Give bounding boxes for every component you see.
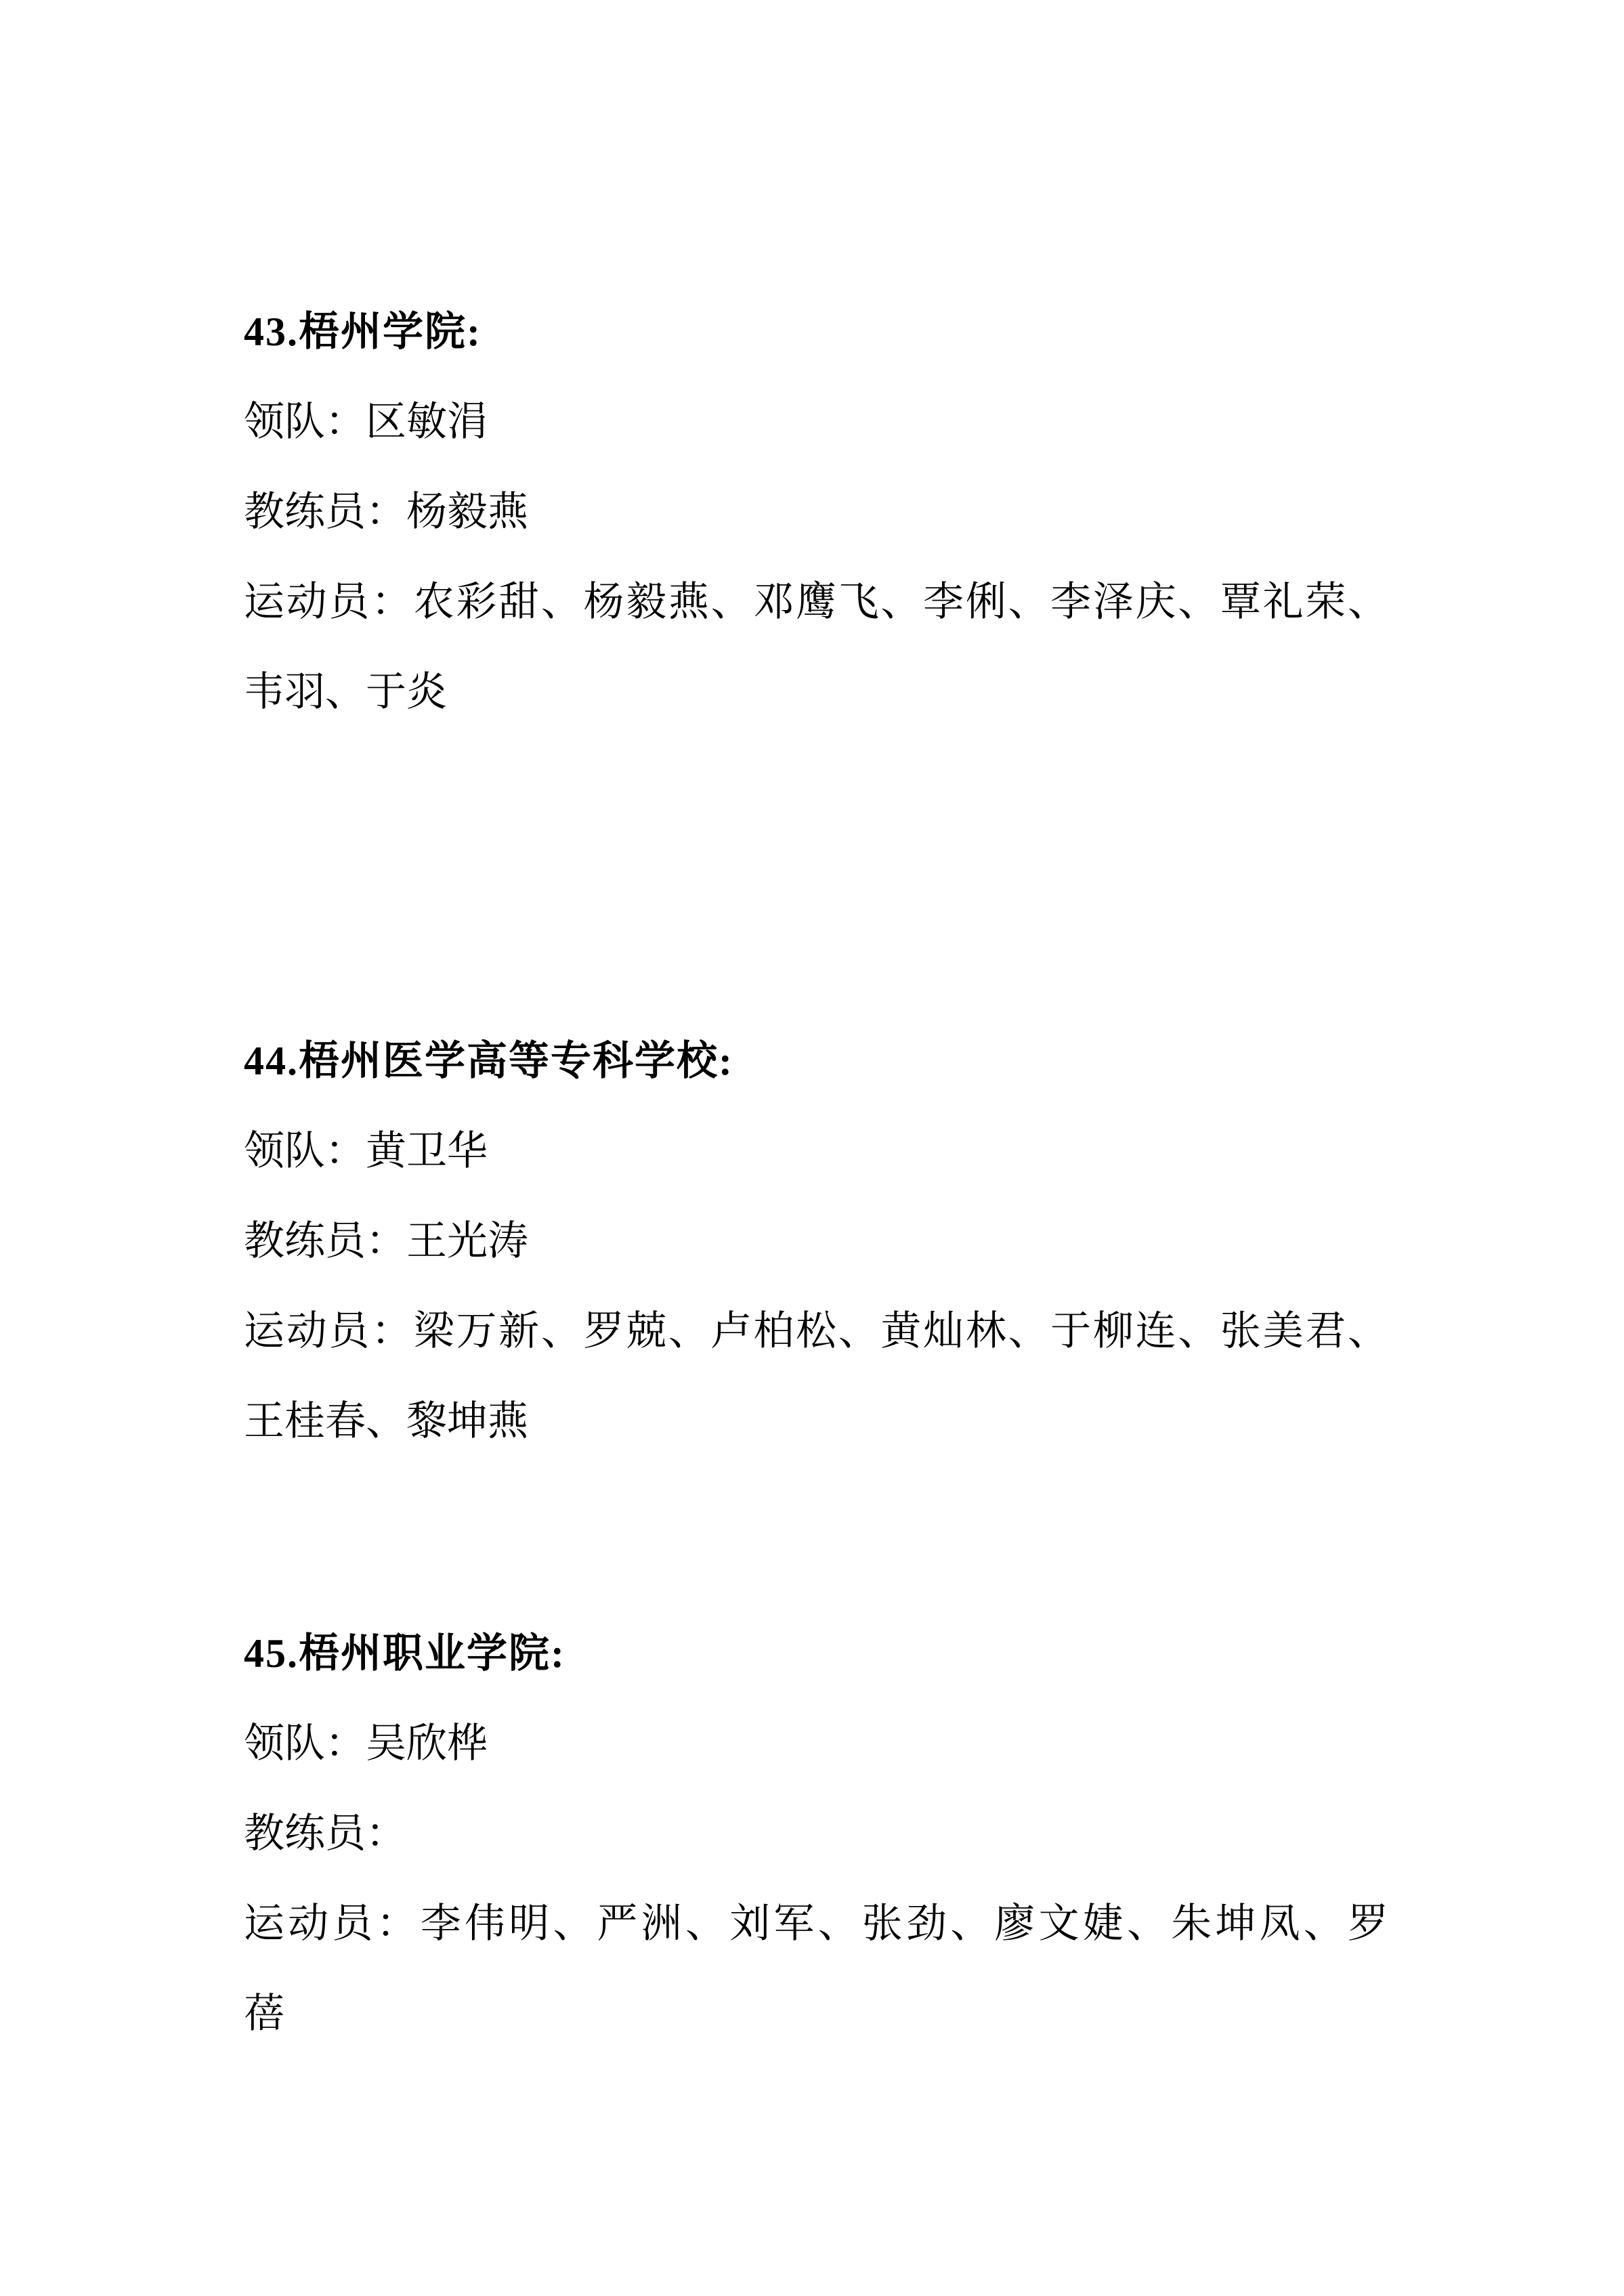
athletes-label: 运动员： <box>244 1309 414 1353</box>
section-title: 43.梧州学院: <box>244 309 482 354</box>
document-content: 43.梧州学院: 领队：区敏涓 教练员：杨毅燕 运动员：农彩甜、杨毅燕、邓鹰飞、… <box>244 287 1388 2059</box>
coach-line: 教练员：王光涛 <box>244 1196 1388 1286</box>
athletes-paragraph: 运动员：农彩甜、杨毅燕、邓鹰飞、李俐、李泽庆、覃礼荣、 韦羽、于炎 <box>244 557 1388 737</box>
team-section-45: 45.梧州职业学院: 领队：吴欣桦 教练员： 运动员：李伟明、严洲、刘军、张劲、… <box>244 1609 1388 2059</box>
section-title: 45.梧州职业学院: <box>244 1631 565 1676</box>
document-page: 43.梧州学院: 领队：区敏涓 教练员：杨毅燕 运动员：农彩甜、杨毅燕、邓鹰飞、… <box>0 0 1624 2296</box>
athletes-paragraph: 运动员：梁万新、罗兢、卢柏松、黄灿林、于柳连、张美君、 王桂春、黎坤燕 <box>244 1286 1388 1467</box>
leader-name: 区敏涓 <box>366 399 488 444</box>
athletes-first-line: 运动员：李伟明、严洲、刘军、张劲、廖文婕、朱坤凤、罗 <box>244 1879 1388 1969</box>
section-heading: 45.梧州职业学院: <box>244 1609 1388 1699</box>
leader-line: 领队：区敏涓 <box>244 377 1388 467</box>
coach-label: 教练员： <box>244 1811 406 1856</box>
athletes-label: 运动员： <box>244 1901 421 1946</box>
athletes-paragraph: 运动员：李伟明、严洲、刘军、张劲、廖文婕、朱坤凤、罗 蓓 <box>244 1879 1388 2059</box>
athletes-first-line: 运动员：梁万新、罗兢、卢柏松、黄灿林、于柳连、张美君、 <box>244 1286 1388 1377</box>
athletes-names-2: 蓓 <box>244 1969 1388 2059</box>
leader-line: 领队：黄卫华 <box>244 1106 1388 1196</box>
athletes-names-2: 韦羽、于炎 <box>244 647 1388 737</box>
team-section-44: 44.梧州医学高等专科学校: 领队：黄卫华 教练员：王光涛 运动员：梁万新、罗兢… <box>244 1016 1388 1467</box>
section-title: 44.梧州医学高等专科学校: <box>244 1039 733 1083</box>
coach-label: 教练员： <box>244 490 406 534</box>
coach-label: 教练员： <box>244 1219 406 1263</box>
leader-name: 吴欣桦 <box>366 1721 488 1766</box>
section-heading: 43.梧州学院: <box>244 287 1388 377</box>
athletes-label: 运动员： <box>244 580 414 624</box>
coach-name: 王光涛 <box>406 1219 528 1263</box>
coach-name: 杨毅燕 <box>406 490 528 534</box>
coach-line: 教练员： <box>244 1789 1388 1879</box>
coach-line: 教练员：杨毅燕 <box>244 467 1388 557</box>
leader-label: 领队： <box>244 399 366 444</box>
athletes-names-1: 梁万新、罗兢、卢柏松、黄灿林、于柳连、张美君、 <box>414 1309 1388 1353</box>
athletes-names-1: 李伟明、严洲、刘军、张劲、廖文婕、朱坤凤、罗 <box>421 1901 1388 1946</box>
athletes-names-1: 农彩甜、杨毅燕、邓鹰飞、李俐、李泽庆、覃礼荣、 <box>414 580 1388 624</box>
athletes-names-2: 王桂春、黎坤燕 <box>244 1377 1388 1467</box>
team-section-43: 43.梧州学院: 领队：区敏涓 教练员：杨毅燕 运动员：农彩甜、杨毅燕、邓鹰飞、… <box>244 287 1388 737</box>
leader-label: 领队： <box>244 1129 366 1173</box>
leader-line: 领队：吴欣桦 <box>244 1699 1388 1789</box>
athletes-first-line: 运动员：农彩甜、杨毅燕、邓鹰飞、李俐、李泽庆、覃礼荣、 <box>244 557 1388 647</box>
leader-label: 领队： <box>244 1721 366 1766</box>
leader-name: 黄卫华 <box>366 1129 488 1173</box>
section-heading: 44.梧州医学高等专科学校: <box>244 1016 1388 1106</box>
